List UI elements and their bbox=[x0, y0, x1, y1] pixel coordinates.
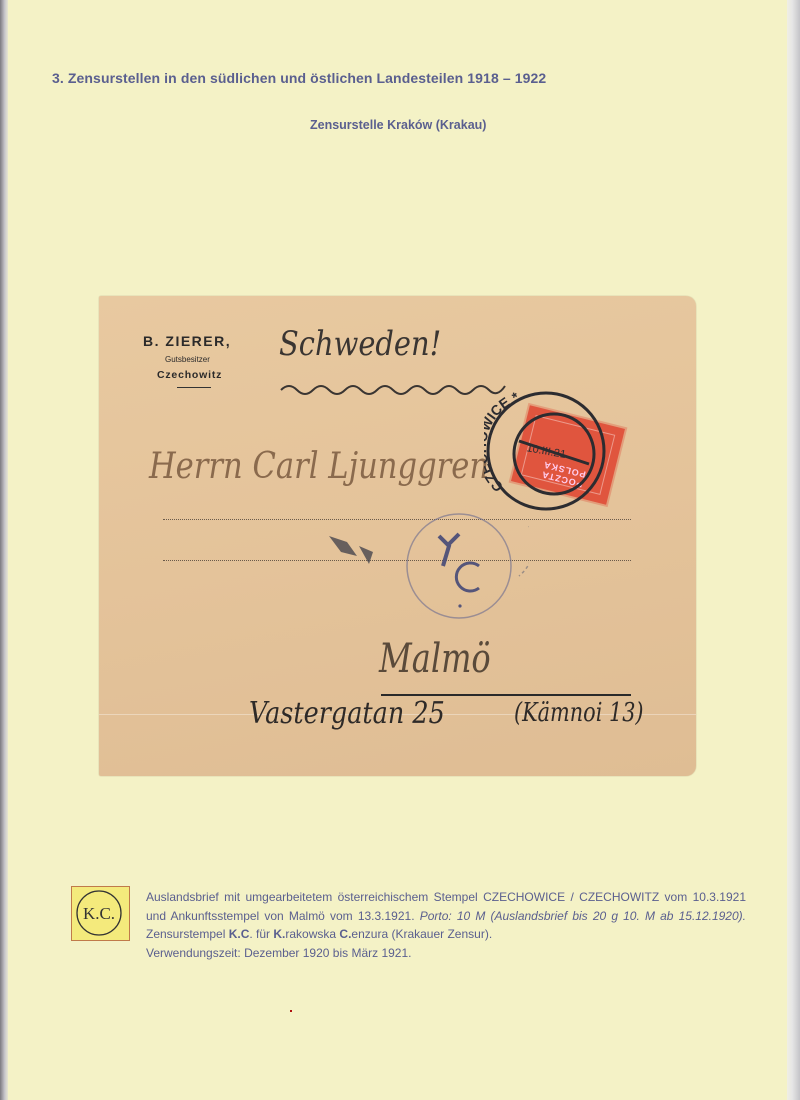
handwritten-alt-address: (Kämnoi 13) bbox=[514, 698, 644, 728]
caption-bold: C. bbox=[339, 927, 351, 941]
caption-bold: K. bbox=[273, 927, 285, 941]
handwritten-addressee: Herrn Carl Ljunggren bbox=[149, 446, 489, 487]
page-title: 3. Zensurstellen in den südlichen und ös… bbox=[52, 70, 546, 86]
caption-description: Auslandsbrief mit umgearbeitetem österre… bbox=[146, 888, 746, 962]
caption-porto: Porto: 10 M (Auslandsbrief bis 20 g 10. … bbox=[420, 909, 746, 923]
kc-icon-label: K.C. bbox=[83, 904, 115, 923]
postmark-czechowice: CZECHOWICE * 10.III.21 bbox=[484, 386, 634, 516]
underline-squiggle bbox=[279, 378, 509, 398]
caption-part: enzura (Krakauer Zensur). bbox=[351, 927, 492, 941]
postmark-date: 10.III.21 bbox=[526, 442, 567, 461]
scan-left-edge bbox=[0, 0, 8, 1100]
caption-part: . für bbox=[249, 927, 273, 941]
letterhead-town: Czechowitz bbox=[157, 369, 222, 381]
letterhead-name: B. ZIERER, bbox=[143, 333, 231, 349]
letterhead-rule bbox=[177, 387, 211, 388]
caption-bold: K.C bbox=[229, 927, 250, 941]
caption-usage-period: Verwendungszeit: Dezember 1920 bis März … bbox=[146, 946, 411, 960]
handwritten-destination-country: Schweden! bbox=[279, 324, 441, 364]
kc-stamp-illustration: K.C. bbox=[71, 886, 130, 941]
letterhead-title: Gutsbesitzer bbox=[165, 355, 210, 364]
scan-speck bbox=[290, 1010, 292, 1012]
kc-oval-icon: K.C. bbox=[72, 887, 128, 939]
page-subtitle: Zensurstelle Kraków (Krakau) bbox=[310, 118, 486, 132]
caption-part: Zensurstempel bbox=[146, 927, 229, 941]
handwritten-street: Vastergatan 25 bbox=[249, 696, 445, 731]
envelope-image: B. ZIERER, Gutsbesitzer Czechowitz Schwe… bbox=[99, 296, 696, 776]
caption-part: rakowska bbox=[285, 927, 339, 941]
handwritten-city: Malmö bbox=[379, 636, 491, 682]
censor-stamp-kc bbox=[329, 506, 529, 626]
scan-right-edge bbox=[787, 0, 800, 1100]
